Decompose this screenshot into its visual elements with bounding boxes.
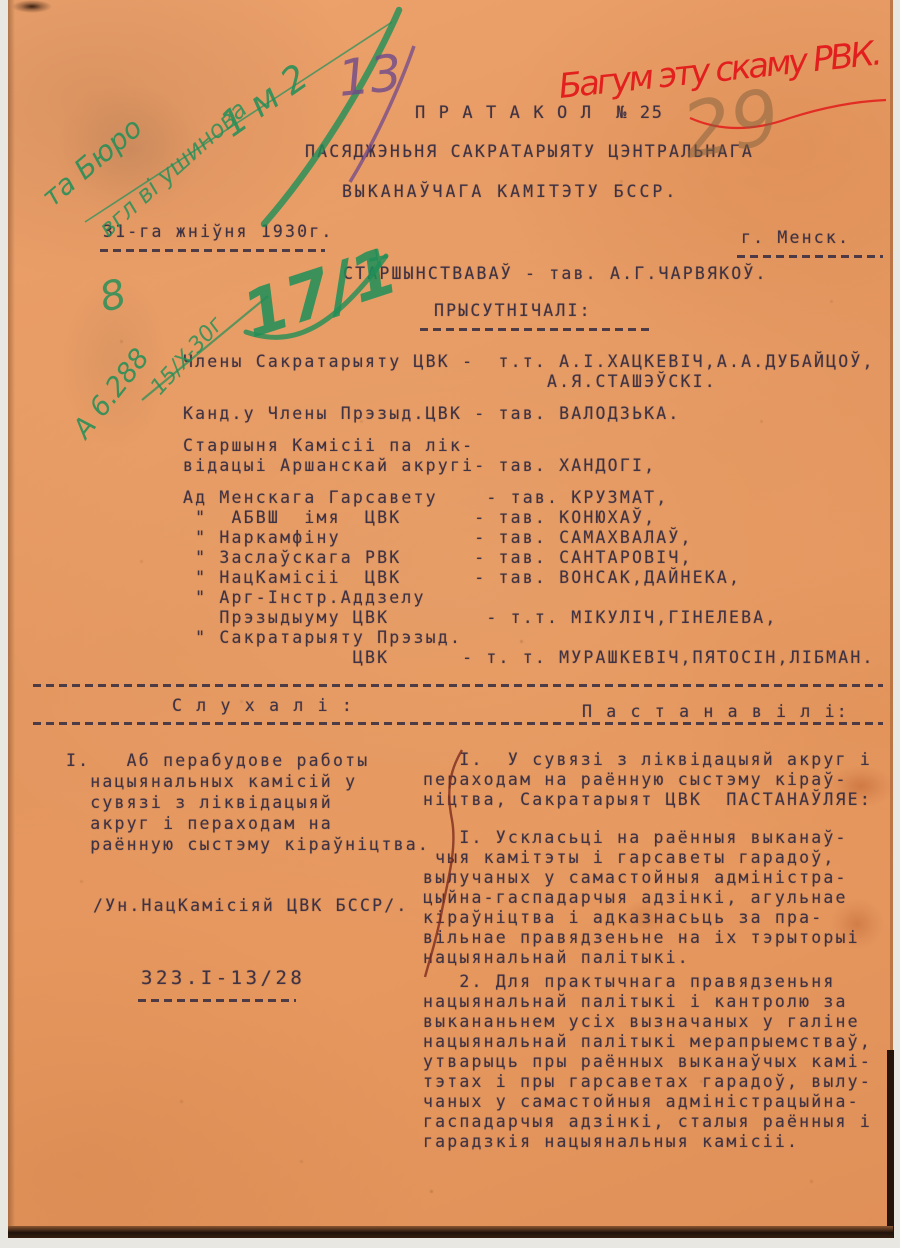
present-underline bbox=[420, 328, 652, 331]
attendees-group-candidate: Канд.у Члены Прэзыд.ЦВК - тав. ВАЛОДЗЬКА… bbox=[183, 404, 681, 424]
date-line: 31-га жніўня 1930г. bbox=[103, 222, 334, 242]
resolved-column-heading: П а с т а н а в і л і: bbox=[582, 702, 849, 722]
resolution-intro: I. У сувязі з ліквідацыяй акруг і перахо… bbox=[423, 750, 872, 810]
attendees-group-members: Члены Сакратарыяту ЦВК - т.т. А.І.ХАЦКЕВ… bbox=[183, 352, 875, 392]
reference-underline bbox=[138, 999, 296, 1002]
bottom-page-edge bbox=[8, 1226, 893, 1238]
session-subtitle-1: ПАСЯДЖЭНЬНЯ САКРАТАРЫЯТУ ЦЭНТРАЛЬНАГА bbox=[305, 142, 754, 162]
agenda-item-text: I. Аб перабудове работы нацыянальных кам… bbox=[66, 750, 430, 855]
separator-line-top bbox=[33, 684, 883, 687]
top-left-corner-mark bbox=[12, 0, 52, 13]
faint-smudge-left bbox=[60, 270, 170, 450]
present-heading: ПРЫСУТНІЧАЛІ: bbox=[434, 301, 592, 321]
attendees-group-delegates: Ад Менскага Гарсавету - тав. КРУЗМАТ, " … bbox=[183, 488, 875, 668]
gray-smudge-top-left bbox=[55, 85, 205, 215]
place-underline bbox=[737, 255, 883, 258]
date-underline bbox=[100, 249, 325, 252]
left-edge-shadow bbox=[8, 0, 15, 1237]
chairman-line: СТАРШЫНСТВАВАЎ - тав. А.Г.ЧАРВЯКОЎ. bbox=[343, 264, 768, 284]
attendees-group-commission: Старшыня Камісіі па лік- відацыі Аршанск… bbox=[183, 436, 656, 476]
separator-line-bottom bbox=[33, 722, 883, 725]
file-reference-number: 323.I-13/28 bbox=[141, 968, 305, 988]
protocol-title: П Р А Т А К О Л № 25 bbox=[415, 103, 664, 123]
heard-column-heading: С л у х а л і : bbox=[172, 696, 354, 716]
paper-fiber-specks bbox=[0, 0, 3, 3]
resolution-point-1: I. Ускласьці на раённыя выканаў- чыя кам… bbox=[423, 828, 860, 968]
place-line: г. Менск. bbox=[741, 228, 850, 248]
right-edge-line bbox=[890, 0, 893, 1060]
session-subtitle-2: ВЫКАНАЎЧАГА КАМІТЭТУ БССР. bbox=[342, 182, 678, 202]
agenda-item-source: /Ун.НацКамісіяй ЦВК БССР/. bbox=[93, 896, 408, 916]
right-edge-dark-band bbox=[887, 1050, 894, 1238]
scanned-document: П Р А Т А К О Л № 25 ПАСЯДЖЭНЬНЯ САКРАТА… bbox=[0, 0, 900, 1248]
resolution-point-2: 2. Для практычнага правядзеньня нацыянал… bbox=[423, 972, 872, 1152]
